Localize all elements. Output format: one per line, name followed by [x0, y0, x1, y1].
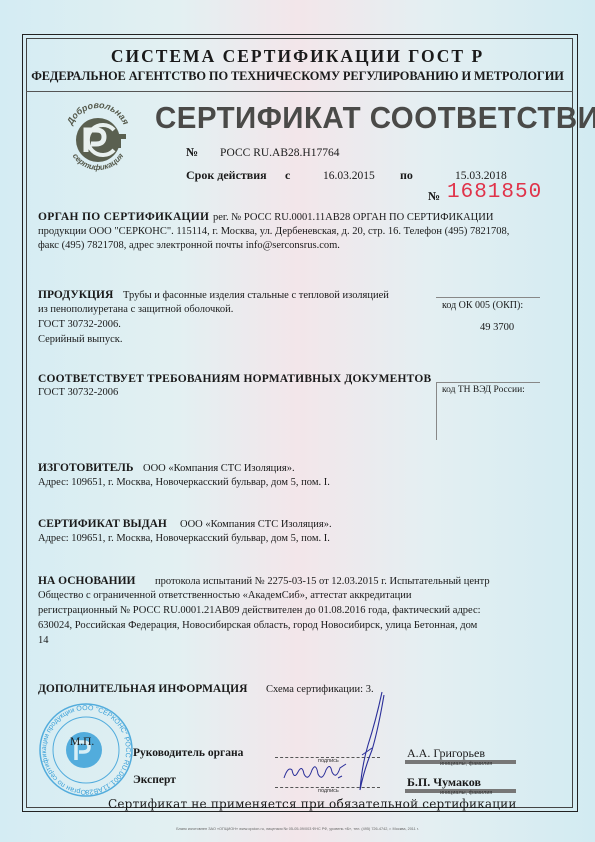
- stamp-mp-label: М.П.: [70, 736, 94, 748]
- pct-logo-icon: Добровольная сертификация: [58, 96, 138, 176]
- valid-from-label: с: [285, 168, 290, 183]
- footer-print-info: Бланк изготовлен ЗАО «ОПЦИОН» www.opcion…: [0, 827, 595, 831]
- manufacturer-label: ИЗГОТОВИТЕЛЬ: [38, 462, 133, 474]
- serial-label: №: [428, 189, 440, 204]
- issued-to-name: ООО «Компания СТС Изоляция».: [180, 519, 332, 530]
- okp-label: код ОК 005 (ОКП):: [442, 300, 523, 311]
- basis-line3: регистрационный № РОСС RU.0001.21АВ09 де…: [38, 605, 481, 616]
- product-line4: Серийный выпуск.: [38, 334, 122, 345]
- head-name-caption: инициалы, фамилия: [440, 761, 492, 767]
- serial-number: 1681850: [447, 181, 542, 204]
- basis-line4: 630024, Российская Федерация, Новосибирс…: [38, 620, 477, 631]
- certificate-title: СЕРТИФИКАТ СООТВЕТСТВИЯ: [155, 100, 595, 136]
- head-label: Руководитель органа: [133, 747, 243, 759]
- manufacturer-name: ООО «Компания СТС Изоляция».: [143, 463, 295, 474]
- conformity-document: ГОСТ 30732-2006: [38, 387, 118, 398]
- seal-stamp-icon: Орган по сертификации продукции ООО "СЕР…: [38, 700, 134, 804]
- gost-r-logo: Добровольная сертификация: [58, 96, 138, 176]
- expert-name: Б.П. Чумаков: [407, 775, 481, 790]
- okp-value: 49 3700: [480, 322, 514, 333]
- issued-to-address: Адрес: 109651, г. Москва, Новочеркасский…: [38, 533, 330, 544]
- product-label: ПРОДУКЦИЯ: [38, 289, 113, 301]
- agency-name: ФЕДЕРАЛЬНОЕ АГЕНТСТВО ПО ТЕХНИЧЕСКОМУ РЕ…: [0, 69, 595, 84]
- cert-body-label: ОРГАН ПО СЕРТИФИКАЦИИ: [38, 211, 209, 223]
- tnved-divider-top: [436, 382, 540, 383]
- manufacturer-address: Адрес: 109651, г. Москва, Новочеркасский…: [38, 477, 330, 488]
- basis-line1: протокола испытаний № 2275-03-15 от 12.0…: [155, 576, 490, 587]
- expert-name-caption: инициалы, фамилия: [440, 790, 492, 796]
- cert-body-line2: продукции ООО "СЕРКОНС". 115114, г. Моск…: [38, 226, 509, 237]
- notice-text: Сертификат не применяется при обязательн…: [108, 797, 517, 811]
- basis-label: НА ОСНОВАНИИ: [38, 575, 136, 587]
- head-name: А.А. Григорьев: [407, 746, 485, 761]
- system-title: СИСТЕМА СЕРТИФИКАЦИИ ГОСТ Р: [0, 46, 595, 67]
- number-label: №: [186, 145, 198, 160]
- handwritten-signatures: [280, 690, 400, 800]
- header-divider: [26, 91, 573, 92]
- expert-label: Эксперт: [133, 774, 176, 786]
- valid-from-date: 16.03.2015: [323, 170, 375, 182]
- certificate-number: РОСС RU.AB28.H17764: [220, 147, 339, 159]
- tnved-label: код ТН ВЭД России:: [442, 385, 525, 395]
- signature-scribble-icon: [280, 690, 400, 800]
- product-line2: из пенополиуретана с защитной оболочкой.: [38, 304, 233, 315]
- okp-divider: [436, 297, 540, 298]
- issued-to-label: СЕРТИФИКАТ ВЫДАН: [38, 518, 167, 530]
- additional-info-label: ДОПОЛНИТЕЛЬНАЯ ИНФОРМАЦИЯ: [38, 683, 247, 695]
- tnved-divider-left: [436, 382, 437, 440]
- product-line1: Трубы и фасонные изделия стальные с тепл…: [123, 290, 389, 301]
- valid-to-label: по: [400, 168, 413, 183]
- conformity-label: СООТВЕТСТВУЕТ ТРЕБОВАНИЯМ НОРМАТИВНЫХ ДО…: [38, 373, 431, 385]
- seal-stamp: Орган по сертификации продукции ООО "СЕР…: [38, 700, 134, 804]
- product-line3: ГОСТ 30732-2006.: [38, 319, 121, 330]
- validity-label: Срок действия: [186, 168, 267, 183]
- basis-line5: 14: [38, 635, 49, 646]
- cert-body-line3: факс (495) 7821708, адрес электронной по…: [38, 240, 340, 251]
- cert-body-line1: рег. № РОСС RU.0001.11АВ28 ОРГАН ПО СЕРТ…: [213, 212, 493, 223]
- basis-line2: Общество с ограниченной ответственностью…: [38, 590, 412, 601]
